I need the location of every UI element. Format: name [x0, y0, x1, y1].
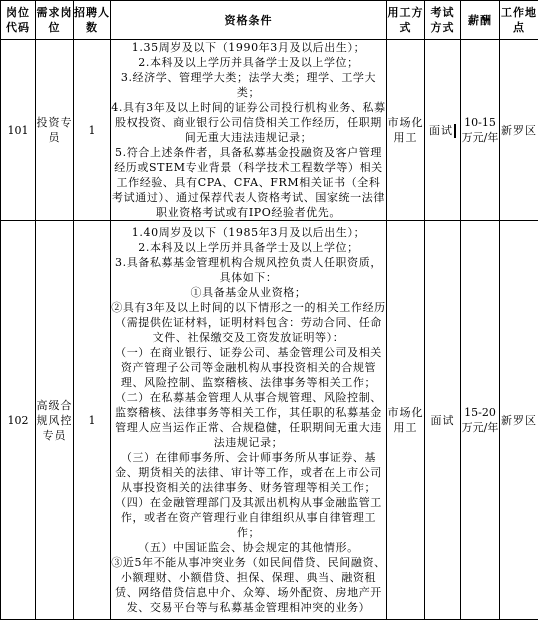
cell-code: 102 — [1, 221, 36, 619]
cell-employment: 市场化用工 — [387, 221, 425, 619]
requirement-item: 1.40周岁及以下（1985年3月及以后出生）； — [111, 225, 386, 240]
exam-text: 面试 — [429, 124, 453, 137]
requirement-item: （三）在律师事务所、会计师事务所从事证券、基金、期货相关的法律、审计等工作，或者… — [111, 450, 386, 495]
cell-location: 新罗区 — [500, 221, 538, 619]
requirement-item: （二）在私募基金管理人从事合规管理、风险控制、监察稽核、法律事务等相关工作，其任… — [111, 390, 386, 450]
header-count: 招聘人数 — [74, 1, 111, 40]
requirement-item: ③近5年不能从事冲突业务（如民间借贷、民间融资、小额理财、小额借贷、担保、保理、… — [111, 555, 386, 615]
text-cursor — [454, 124, 456, 138]
cell-salary: 10-15万元/年 — [461, 40, 500, 221]
requirement-item: （四）在金融管理部门及其派出机构从事金融监管工作，或者在资产管理行业自律组织从事… — [111, 495, 386, 540]
cell-employment: 市场化用工 — [387, 40, 425, 221]
cell-count: 1 — [74, 40, 111, 221]
requirement-item: 1.35周岁及以下（1990年3月及以后出生）； — [111, 40, 386, 55]
header-requirements: 资格条件 — [111, 1, 387, 40]
requirement-item: 3.具备私募基金管理机构合规风控负责人任职资质，具体如下： — [111, 255, 386, 285]
table-row: 102 高级合规风控专员 1 1.40周岁及以下（1985年3月及以后出生）； … — [1, 221, 538, 619]
cell-requirements: 1.40周岁及以下（1985年3月及以后出生）； 2.本科及以上学历并具备学士及… — [111, 221, 387, 619]
recruitment-table: 岗位代码 需求岗位 招聘人数 资格条件 用工方式 考试方式 薪酬 工作地点 10… — [0, 0, 538, 618]
requirement-item: 4.具有3年及以上时间的证券公司投行机构业务、私募股权投资、商业银行公司信贷相关… — [111, 100, 386, 145]
header-employment: 用工方式 — [387, 1, 425, 40]
requirement-item: 5.符合上述条件者，具备私募基金投融资及客户管理经历或STEM专业背景（科学技术… — [111, 145, 386, 220]
requirement-item: （五）中国证监会、协会规定的其他情形。 — [111, 540, 386, 555]
header-exam: 考试方式 — [425, 1, 461, 40]
cell-position: 高级合规风控专员 — [36, 221, 74, 619]
cell-code: 101 — [1, 40, 36, 221]
cell-count: 1 — [74, 221, 111, 619]
requirement-item: 2.本科及以上学历并具备学士及以上学位； — [111, 55, 386, 70]
cell-location: 新罗区 — [500, 40, 538, 221]
table-row: 101 投资专员 1 1.35周岁及以下（1990年3月及以后出生）； 2.本科… — [1, 40, 538, 221]
cell-exam[interactable]: 面试 — [425, 40, 461, 221]
cell-exam: 面试 — [425, 221, 461, 619]
header-row: 岗位代码 需求岗位 招聘人数 资格条件 用工方式 考试方式 薪酬 工作地点 — [1, 1, 538, 40]
requirement-item: ①具备基金从业资格； — [111, 285, 386, 300]
header-location: 工作地点 — [500, 1, 538, 40]
cell-position: 投资专员 — [36, 40, 74, 221]
cell-salary: 15-20万元/年 — [461, 221, 500, 619]
cell-requirements: 1.35周岁及以下（1990年3月及以后出生）； 2.本科及以上学历并具备学士及… — [111, 40, 387, 221]
requirement-item: （一）在商业银行、证券公司、基金管理公司及相关资产管理子公司等金融机构从事投资相… — [111, 345, 386, 390]
requirement-item: ②具有3年及以上时间的以下情形之一的相关工作经历（需提供佐证材料，证明材料包含：… — [111, 300, 386, 345]
requirement-item: 2.本科及以上学历并具备学士及以上学位； — [111, 240, 386, 255]
header-position: 需求岗位 — [36, 1, 74, 40]
requirement-item: 3.经济学、管理学大类；法学大类；理学、工学大类； — [111, 70, 386, 100]
header-salary: 薪酬 — [461, 1, 500, 40]
header-code: 岗位代码 — [1, 1, 36, 40]
